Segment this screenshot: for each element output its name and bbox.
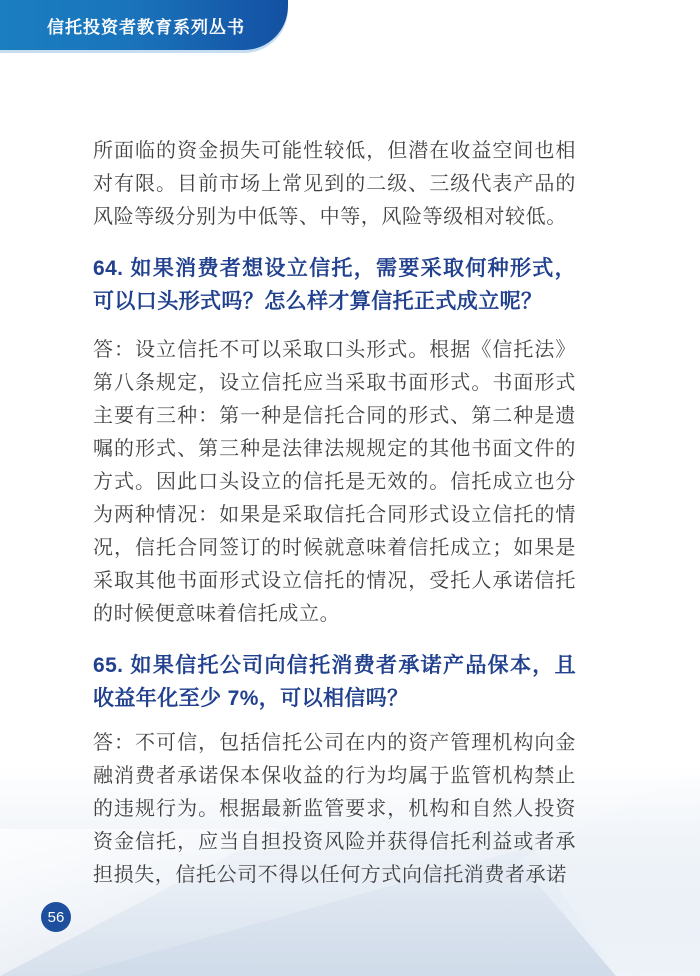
answer-65-paragraph: 答：不可信，包括信托公司在内的资产管理机构向金融消费者承诺保本保收益的行为均属于… [93, 727, 576, 892]
page-content: 所面临的资金损失可能性较低，但潜在收益空间也相对有限。目前市场上常见到的二级、三… [93, 135, 576, 892]
series-title: 信托投资者教育系列丛书 [0, 13, 245, 38]
header-banner: 信托投资者教育系列丛书 [0, 0, 288, 50]
page-number-badge: 56 [41, 902, 71, 932]
intro-paragraph: 所面临的资金损失可能性较低，但潜在收益空间也相对有限。目前市场上常见到的二级、三… [93, 135, 576, 234]
answer-64-paragraph: 答：设立信托不可以采取口头形式。根据《信托法》第八条规定，设立信托应当采取书面形… [93, 334, 576, 631]
question-65-heading: 65. 如果信托公司向信托消费者承诺产品保本，且收益年化至少 7%，可以相信吗？ [93, 649, 576, 715]
question-64-heading: 64. 如果消费者想设立信托，需要采取何种形式，可以口头形式吗？怎么样才算信托正… [93, 252, 576, 318]
